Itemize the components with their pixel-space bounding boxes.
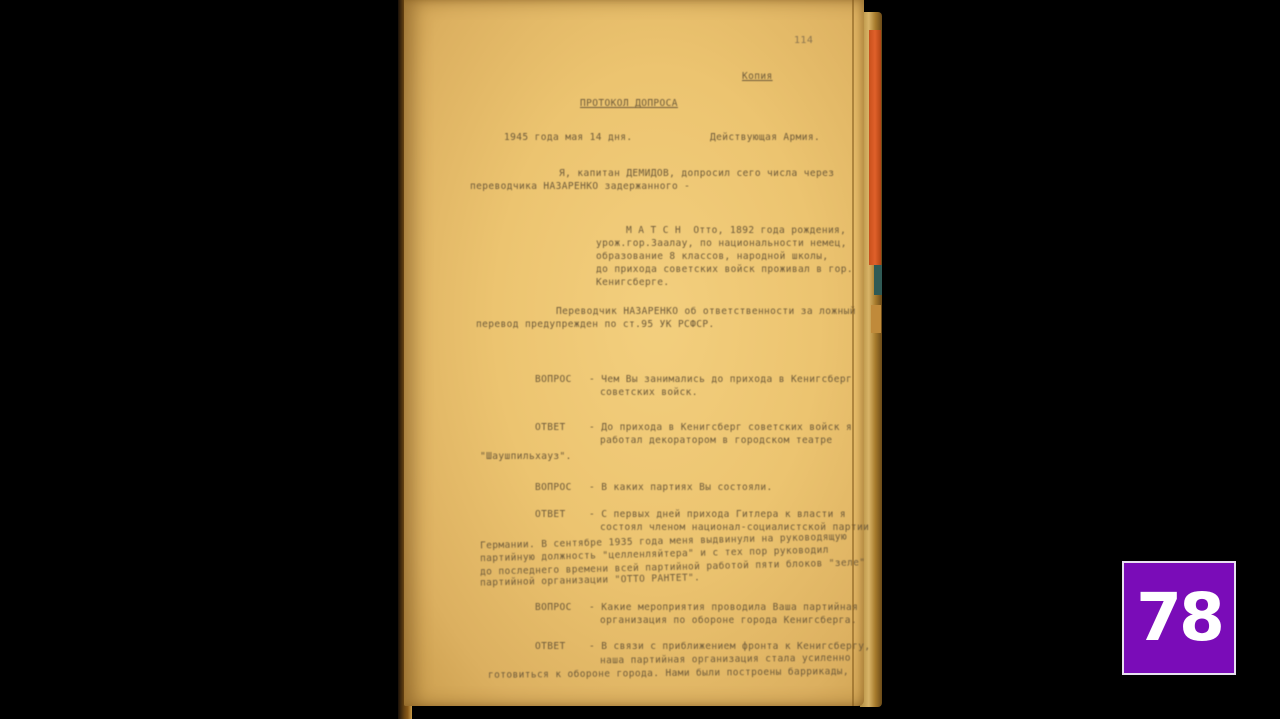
question-text: - Чем Вы занимались до прихода в Кенигсб… — [589, 373, 852, 386]
channel-logo-text: 78 — [1136, 585, 1222, 651]
copy-mark: Копия — [742, 70, 773, 83]
folder-tab-teal — [874, 265, 882, 295]
warning-line: перевод предупрежден по ст.95 УК РСФСР. — [476, 318, 715, 331]
question-text: организация по обороне города Кенигсберг… — [600, 614, 857, 627]
question-text: советских войск. — [600, 386, 698, 399]
suspect-info-line: М А Т С Н Отто, 1892 года рождения, — [626, 224, 846, 237]
answer-text: готовиться к обороне города. Нами были п… — [488, 665, 849, 682]
folio-number: 114 — [794, 34, 813, 47]
answer-label: ОТВЕТ — [535, 421, 566, 434]
folder-tab-orange — [869, 30, 881, 265]
suspect-info-line: Кенигсберге. — [596, 276, 669, 289]
suspect-info-line: образование 8 классов, народной школы, — [596, 250, 829, 263]
question-text: - В каких партиях Вы состояли. — [589, 481, 773, 494]
answer-label: ОТВЕТ — [535, 508, 566, 521]
suspect-info-line: урож.гор.Заалау, по национальности немец… — [596, 237, 847, 250]
place-line: Действующая Армия. — [710, 131, 820, 144]
channel-logo: 78 — [1122, 561, 1236, 675]
document-title: ПРОТОКОЛ ДОПРОСА — [580, 97, 678, 110]
answer-text: "Шаушпильхауз". — [480, 450, 572, 463]
answer-text: - До прихода в Кенигсберг советских войс… — [589, 421, 852, 434]
question-label: ВОПРОС — [535, 373, 572, 386]
folder-tab-tan — [871, 305, 881, 333]
video-frame: 114 Копия ПРОТОКОЛ ДОПРОСА 1945 года мая… — [0, 0, 1280, 719]
warning-line: Переводчик НАЗАРЕНКО об ответственности … — [556, 305, 856, 318]
intro-line: переводчика НАЗАРЕНКО задержанного - — [470, 180, 690, 193]
suspect-info-line: до прихода советских войск проживал в го… — [596, 263, 853, 276]
question-label: ВОПРОС — [535, 481, 572, 494]
answer-label: ОТВЕТ — [535, 640, 566, 653]
date-line: 1945 года мая 14 дня. — [504, 131, 633, 144]
intro-line: Я, капитан ДЕМИДОВ, допросил сего числа … — [559, 167, 834, 180]
document-page: 114 Копия ПРОТОКОЛ ДОПРОСА 1945 года мая… — [404, 0, 864, 706]
question-label: ВОПРОС — [535, 601, 572, 614]
answer-text: работал декоратором в городском театре — [600, 434, 833, 447]
question-text: - Какие мероприятия проводила Ваша парти… — [589, 601, 858, 614]
answer-text: - С первых дней прихода Гитлера к власти… — [589, 508, 846, 521]
